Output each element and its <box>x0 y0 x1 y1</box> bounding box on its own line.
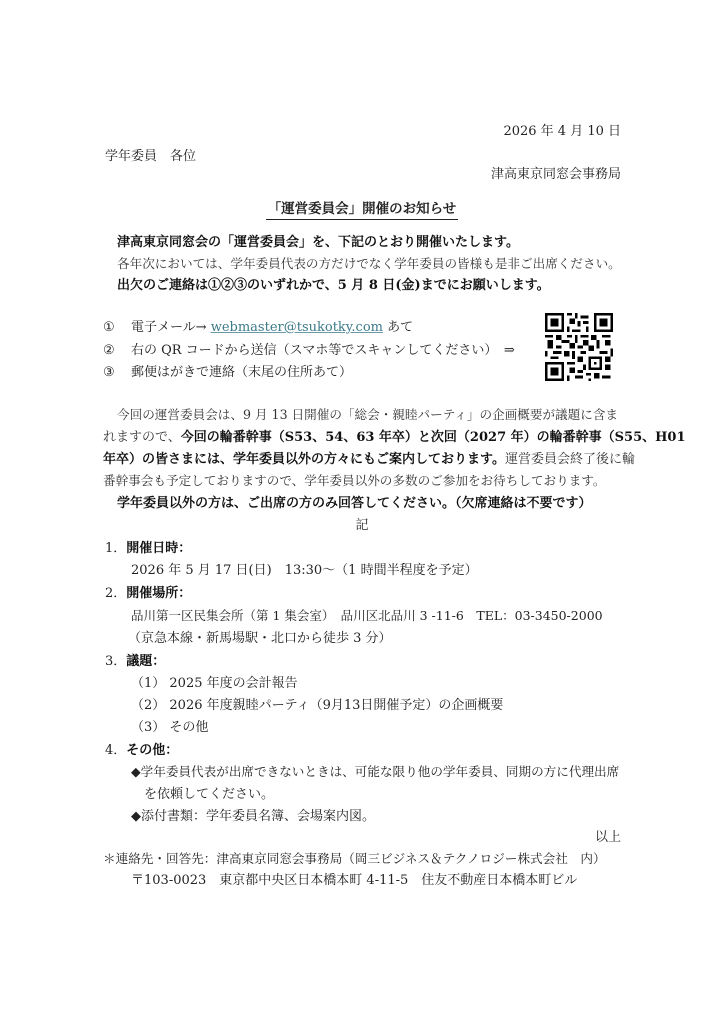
body-line-2: れますので、今回の輪番幹事（S53、54、63 年卒）と次回（2027 年）の輪… <box>103 431 686 444</box>
contact-method-text: 右の QR コードから送信（スマホ等でスキャンしてください） ⇒ <box>131 343 515 358</box>
contact-method-prefix: 電子メール→ <box>131 320 211 335</box>
contact-method-email: ① 電子メール→ webmaster@tsukotky.com あて <box>103 321 413 334</box>
document-title-text: 「運営委員会」開催のお知らせ <box>266 203 459 220</box>
contact-method-text: 郵便はがきで連絡（末尾の住所あて） <box>131 365 352 380</box>
section-heading: 開催日時： <box>126 541 191 556</box>
body-line-3-bold: 年卒）の皆さまには、学年委員以外の方々にもご案内しております。 <box>103 452 505 467</box>
body-line-2-bold: 今回の輪番幹事（S53、54、63 年卒）と次回（2027 年）の輪番幹事（S5… <box>181 430 686 445</box>
section-num: 4． <box>105 743 126 758</box>
body-line-1: 今回の運営委員会は、9 月 13 日開催の「総会・親睦パーティ」の企画概要が議題… <box>117 409 618 422</box>
other-item-2: ◆添付書類：学年委員名簿、会場案内図。 <box>131 810 375 823</box>
closing-mark: 以上 <box>595 831 621 844</box>
agenda-item-1: （1） 2025 年度の会計報告 <box>131 677 298 690</box>
section-num: 1． <box>105 541 126 556</box>
section-2-line-2: （京急本線・新馬場駅・北口から徒歩 3 分） <box>128 632 392 645</box>
document-page: 2026 年 4 月 10 日 学年委員 各位 津高東京同窓会事務局 「運営委員… <box>0 0 724 1024</box>
addressee: 学年委員 各位 <box>105 150 196 163</box>
agenda-item-3: （3） その他 <box>131 721 208 734</box>
section-2-heading: 2．開催場所： <box>105 587 191 600</box>
contact-method-qr: ② 右の QR コードから送信（スマホ等でスキャンしてください） ⇒ <box>103 344 515 357</box>
section-heading: 議題： <box>126 654 165 669</box>
section-num: 2． <box>105 586 126 601</box>
contact-method-num: ③ <box>103 365 115 380</box>
section-3-heading: 3．議題： <box>105 655 165 668</box>
document-title: 「運営委員会」開催のお知らせ <box>0 203 724 220</box>
section-heading: その他： <box>126 743 178 758</box>
section-1-heading: 1．開催日時： <box>105 542 191 555</box>
ki-marker: 記 <box>0 519 724 532</box>
section-heading: 開催場所： <box>126 586 191 601</box>
other-item-1-cont: を依頼してください。 <box>144 788 274 801</box>
section-4-heading: 4．その他： <box>105 744 178 757</box>
notice-line: 学年委員以外の方は、ご出席の方のみ回答してください。（欠席連絡は不要です） <box>117 497 592 510</box>
body-line-3: 年卒）の皆さまには、学年委員以外の方々にもご案内しております。運営委員会終了後に… <box>103 453 635 466</box>
document-date: 2026 年 4 月 10 日 <box>503 125 621 138</box>
contact-method-suffix: あて <box>383 320 413 335</box>
body-line-2-normal: れますので、 <box>103 430 181 445</box>
contact-method-num: ① <box>103 320 115 335</box>
body-line-4: 番幹事会も予定しておりますので、学年委員以外の多数のご参加をお待ちしております。 <box>103 475 606 488</box>
footer-contact: ＊連絡先・回答先：津高東京同窓会事務局（岡三ビジネス＆テクノロジー株式会社 内） <box>103 853 606 866</box>
contact-method-num: ② <box>103 343 115 358</box>
section-2-line-1: 品川第一区民集会所（第 1 集会室） 品川区北品川 3 -11-6 TEL：03… <box>131 610 603 623</box>
section-1-line: 2026 年 5 月 17 日(日) 13:30～（1 時間半程度を予定） <box>131 564 478 577</box>
other-item-1: ◆学年委員代表が出席できないときは、可能な限り他の学年委員、同期の方に代理出席 <box>131 766 619 779</box>
body-line-3-normal: 運営委員会終了後に輪 <box>505 452 635 467</box>
intro-line-3: 出欠のご連絡は①②③のいずれかで、5 月 8 日(金)までにお願いします。 <box>117 279 550 292</box>
contact-method-postcard: ③ 郵便はがきで連絡（末尾の住所あて） <box>103 366 352 379</box>
intro-line-1: 津高東京同窓会の「運営委員会」を、下記のとおり開催いたします。 <box>117 236 519 249</box>
section-num: 3． <box>105 654 126 669</box>
agenda-item-2: （2） 2026 年度親睦パーティ（9月13日開催予定）の企画概要 <box>131 699 503 712</box>
intro-line-2: 各年次においては、学年委員代表の方だけでなく学年委員の皆様も是非ご出席ください。 <box>117 258 621 271</box>
sender: 津高東京同窓会事務局 <box>491 168 621 181</box>
qr-code-icon[interactable] <box>545 313 613 381</box>
footer-address: 〒103-0023 東京都中央区日本橋本町 4-11-5 住友不動産日本橋本町ビ… <box>131 874 577 887</box>
email-link[interactable]: webmaster@tsukotky.com <box>211 320 383 335</box>
